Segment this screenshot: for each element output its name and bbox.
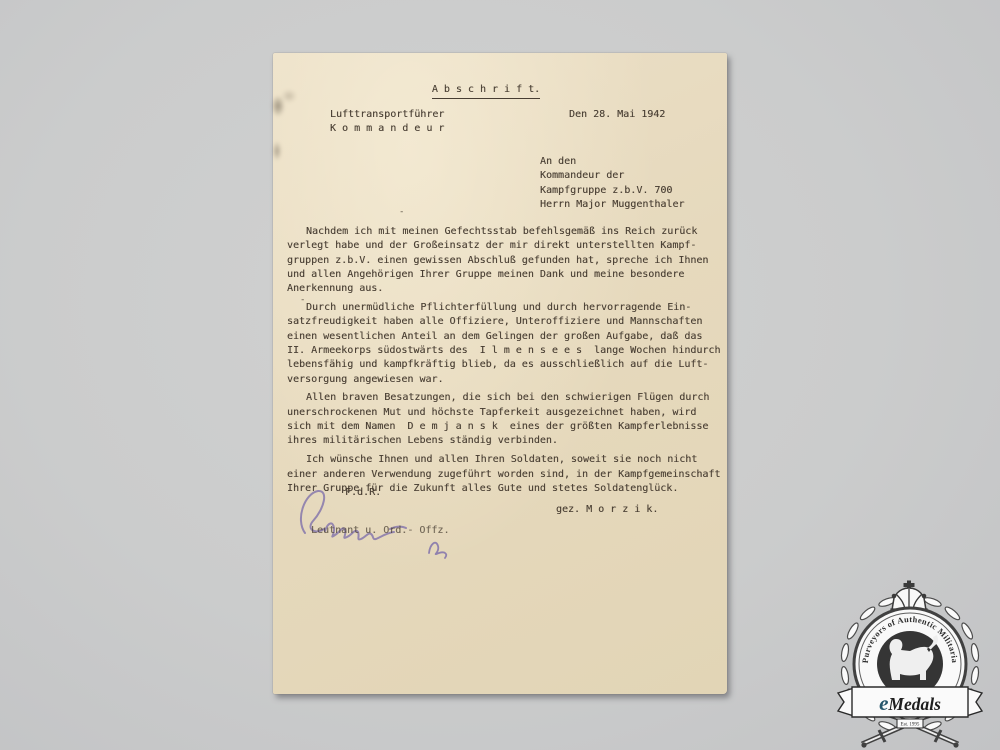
letter-line: sich mit dem Namen D e m j a n s k eines… xyxy=(287,420,727,434)
paragraph: Durch unermüdliche Pflichterfüllung und … xyxy=(287,301,727,387)
emedals-watermark: Purveyors of Authentic Militaria eMedals… xyxy=(828,580,992,748)
recipient-line: Kommandeur der xyxy=(540,169,685,183)
letter-line: einer anderen Verwendung zugeführt worde… xyxy=(287,468,727,482)
letter-line: Durch unermüdliche Pflichterfüllung und … xyxy=(287,301,727,315)
recipient-block: An den Kommandeur der Kampfgruppe z.b.V.… xyxy=(540,155,685,212)
letter-line: II. Armeekorps südostwärts des I l m e n… xyxy=(287,344,727,358)
sender-unit: Lufttransportführer xyxy=(330,108,444,122)
letter-line: ihres militärischen Lebens ständig verbi… xyxy=(287,434,727,448)
date-text: Den 28. Mai 1942 xyxy=(569,108,665,122)
handwritten-initial xyxy=(423,535,453,559)
stray-typewriter-mark: - xyxy=(399,207,404,217)
date-line: Den 28. Mai 1942 xyxy=(569,108,665,122)
brand-medals: Medals xyxy=(887,694,941,714)
sender-block: Lufttransportführer K o m m a n d e u r xyxy=(330,108,444,137)
signed-in-print: gez. M o r z i k. xyxy=(556,503,658,517)
sender-role: K o m m a n d e u r xyxy=(330,122,444,136)
recipient-line: Herrn Major Muggenthaler xyxy=(540,198,685,212)
letter-body: Nachdem ich mit meinen Gefechtsstab befe… xyxy=(287,225,727,501)
letter-line: unerschrockenen Mut und höchste Tapferke… xyxy=(287,406,727,420)
letter-line: Allen braven Besatzungen, die sich bei d… xyxy=(287,391,727,405)
photo-background: { "page": { "title": "A b s c h r i f t.… xyxy=(0,0,1000,750)
document-page: A b s c h r i f t. Lufttransportführer K… xyxy=(273,53,727,694)
paragraph: Allen braven Besatzungen, die sich bei d… xyxy=(287,391,727,448)
recipient-line: An den xyxy=(540,155,685,169)
title-text: A b s c h r i f t. xyxy=(432,83,540,99)
document-title: A b s c h r i f t. xyxy=(273,77,699,99)
gez-text: gez. M o r z i k. xyxy=(556,503,658,517)
letter-line: Ich wünsche Ihnen und allen Ihren Soldat… xyxy=(287,453,727,467)
recipient-line: Kampfgruppe z.b.V. 700 xyxy=(540,184,685,198)
letter-line: einen wesentlichen Anteil an dem Gelinge… xyxy=(287,330,727,344)
letter-line: Nachdem ich mit meinen Gefechtsstab befe… xyxy=(287,225,727,239)
paragraph: Nachdem ich mit meinen Gefechtsstab befe… xyxy=(287,225,727,296)
letter-line: verlegt habe und der Großeinsatz der mir… xyxy=(287,239,727,253)
letter-line: Anerkennung aus. xyxy=(287,282,727,296)
letter-line: versorgung angewiesen war. xyxy=(287,373,727,387)
letter-line: und allen Angehörigen Ihrer Gruppe meine… xyxy=(287,268,727,282)
brand-e: e xyxy=(879,691,888,715)
emedals-brand-text: eMedals xyxy=(879,691,941,715)
letter-line: lebensfähig und kampfkräftig blieb, da e… xyxy=(287,358,727,372)
letter-line: satzfreudigkeit haben alle Offiziere, Un… xyxy=(287,315,727,329)
established-text: Est. 1995 xyxy=(901,723,920,728)
letter-line: gruppen z.b.V. einen gewissen Abschluß g… xyxy=(287,254,727,268)
paper-stain xyxy=(272,141,282,161)
